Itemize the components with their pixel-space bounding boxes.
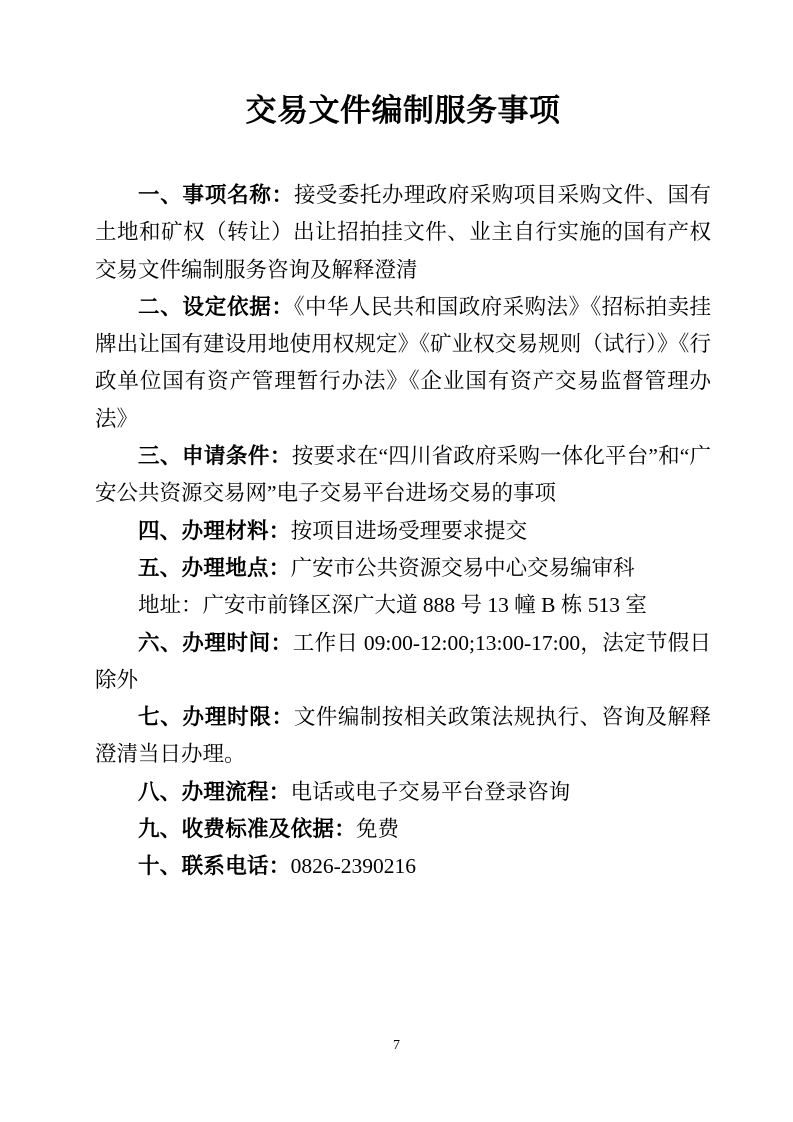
doc-item-2: 二、设定依据：《中华人民共和国政府采购法》《招标拍卖挂牌出让国有建设用地使用权规… bbox=[95, 289, 711, 438]
document-page: 交易文件编制服务事项 一、事项名称：接受委托办理政府采购项目采购文件、国有土地和… bbox=[0, 0, 793, 1122]
page-number: 7 bbox=[0, 1037, 793, 1055]
address-text: 地址：广安市前锋区深广大道 888 号 13 幢 B 栋 513 室 bbox=[138, 593, 647, 617]
doc-item-3: 三、申请条件：按要求在“四川省政府采购一体化平台”和“广安公共资源交易网”电子交… bbox=[95, 438, 711, 513]
item-9-label: 九、收费标准及依据： bbox=[138, 817, 356, 841]
doc-item-6: 六、办理时间：工作日 09:00-12:00;13:00-17:00，法定节假日… bbox=[95, 625, 711, 700]
doc-item-7: 七、办理时限：文件编制按相关政策法规执行、咨询及解释澄清当日办理。 bbox=[95, 699, 711, 774]
item-2-label: 二、设定依据： bbox=[138, 295, 294, 319]
document-content: 交易文件编制服务事项 一、事项名称：接受委托办理政府采购项目采购文件、国有土地和… bbox=[95, 0, 711, 886]
document-body: 一、事项名称：接受委托办理政府采购项目采购文件、国有土地和矿权（转让）出让招拍挂… bbox=[95, 177, 711, 886]
page-title: 交易文件编制服务事项 bbox=[95, 90, 711, 132]
doc-item-5: 五、办理地点：广安市公共资源交易中心交易编审科 bbox=[95, 550, 711, 587]
item-3-label: 三、申请条件： bbox=[138, 444, 292, 468]
item-8-label: 八、办理流程： bbox=[138, 780, 291, 804]
item-1-label: 一、事项名称： bbox=[138, 183, 294, 207]
doc-item-4: 四、办理材料：按项目进场受理要求提交 bbox=[95, 513, 711, 550]
item-6-label: 六、办理时间： bbox=[138, 631, 293, 655]
item-8-text: 电话或电子交易平台登录咨询 bbox=[291, 780, 571, 804]
doc-item-10: 十、联系电话：0826-2390216 bbox=[95, 848, 711, 885]
item-4-label: 四、办理材料： bbox=[138, 519, 291, 543]
doc-item-1: 一、事项名称：接受委托办理政府采购项目采购文件、国有土地和矿权（转让）出让招拍挂… bbox=[95, 177, 711, 289]
doc-item-9: 九、收费标准及依据：免费 bbox=[95, 811, 711, 848]
item-5-label: 五、办理地点： bbox=[138, 556, 291, 580]
item-10-text: 0826-2390216 bbox=[291, 854, 416, 878]
item-7-label: 七、办理时限： bbox=[138, 705, 294, 729]
address-line: 地址：广安市前锋区深广大道 888 号 13 幢 B 栋 513 室 bbox=[95, 587, 711, 624]
item-4-text: 按项目进场受理要求提交 bbox=[291, 519, 528, 543]
doc-item-8: 八、办理流程：电话或电子交易平台登录咨询 bbox=[95, 774, 711, 811]
item-5-text: 广安市公共资源交易中心交易编审科 bbox=[291, 556, 635, 580]
item-9-text: 免费 bbox=[356, 817, 399, 841]
item-10-label: 十、联系电话： bbox=[138, 854, 291, 878]
